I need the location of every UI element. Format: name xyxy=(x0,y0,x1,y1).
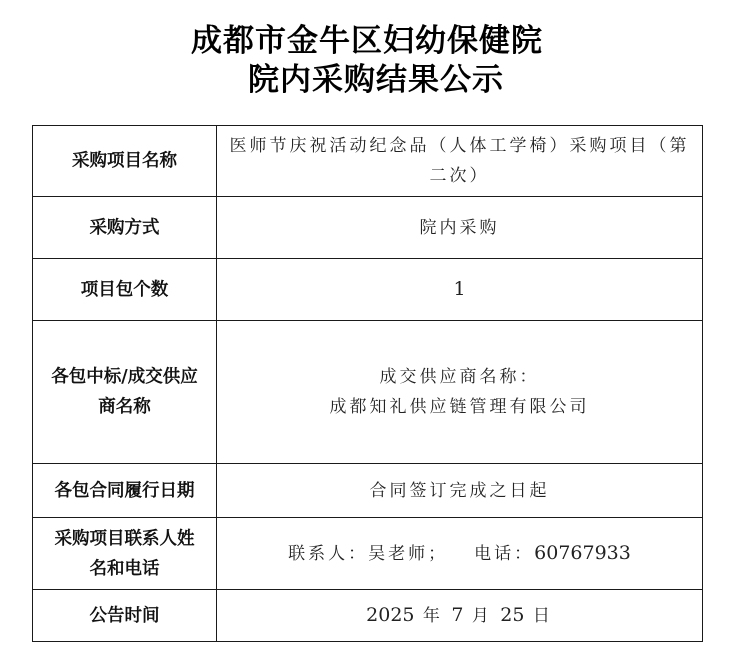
contact-value: 联系人：吴老师；电话：60767933 xyxy=(217,518,703,590)
date-day-unit: 日 xyxy=(533,606,553,626)
table-row-package-count: 项目包个数 1 xyxy=(33,259,703,321)
table-row-project-name: 采购项目名称 医师节庆祝活动纪念品（人体工学椅）采购项目（第二次） xyxy=(33,126,703,197)
date-year-unit: 年 xyxy=(423,606,443,626)
table-row-contact: 采购项目联系人姓 名和电话 联系人：吴老师；电话：60767933 xyxy=(33,518,703,590)
table-row-procurement-method: 采购方式 院内采购 xyxy=(33,197,703,259)
table-row-supplier: 各包中标/成交供应 商名称 成交供应商名称： 成都知礼供应链管理有限公司 xyxy=(33,321,703,464)
table-row-contract-period: 各包合同履行日期 合同签订完成之日起 xyxy=(33,464,703,518)
package-count-number: 1 xyxy=(453,278,465,300)
contact-label: 联系人： xyxy=(288,544,368,564)
supplier-name: 成都知礼供应链管理有限公司 xyxy=(223,392,696,422)
contract-period-value: 合同签订完成之日起 xyxy=(217,464,703,518)
row-label: 采购方式 xyxy=(33,197,217,259)
project-name-value: 医师节庆祝活动纪念品（人体工学椅）采购项目（第二次） xyxy=(217,126,703,197)
date-day: 25 xyxy=(500,604,524,626)
row-label-line1: 各包中标/成交供应 xyxy=(39,362,210,392)
date-month: 7 xyxy=(451,604,463,626)
date-month-unit: 月 xyxy=(472,606,492,626)
row-label-line2: 商名称 xyxy=(39,392,210,422)
row-label: 采购项目名称 xyxy=(33,126,217,197)
phone-label: 电话： xyxy=(474,544,534,564)
row-label-line2: 名和电话 xyxy=(39,554,210,584)
supplier-value: 成交供应商名称： 成都知礼供应链管理有限公司 xyxy=(217,321,703,464)
announcement-date-value: 2025 年 7 月 25 日 xyxy=(217,590,703,642)
row-label: 各包合同履行日期 xyxy=(33,464,217,518)
row-label: 采购项目联系人姓 名和电话 xyxy=(33,518,217,590)
row-label: 公告时间 xyxy=(33,590,217,642)
date-year: 2025 xyxy=(366,604,414,626)
supplier-caption: 成交供应商名称： xyxy=(223,362,696,392)
procurement-result-table: 采购项目名称 医师节庆祝活动纪念品（人体工学椅）采购项目（第二次） 采购方式 院… xyxy=(32,125,703,642)
table-row-announcement-date: 公告时间 2025 年 7 月 25 日 xyxy=(33,590,703,642)
procurement-method-value: 院内采购 xyxy=(217,197,703,259)
row-label: 项目包个数 xyxy=(33,259,217,321)
contact-name: 吴老师； xyxy=(368,544,448,564)
row-label-line1: 采购项目联系人姓 xyxy=(39,524,210,554)
row-label: 各包中标/成交供应 商名称 xyxy=(33,321,217,464)
package-count-value: 1 xyxy=(217,259,703,321)
page-title-line2: 院内采购结果公示 xyxy=(0,61,734,99)
phone-number: 60767933 xyxy=(534,542,631,564)
page-title-line1: 成都市金牛区妇幼保健院 xyxy=(0,22,734,60)
